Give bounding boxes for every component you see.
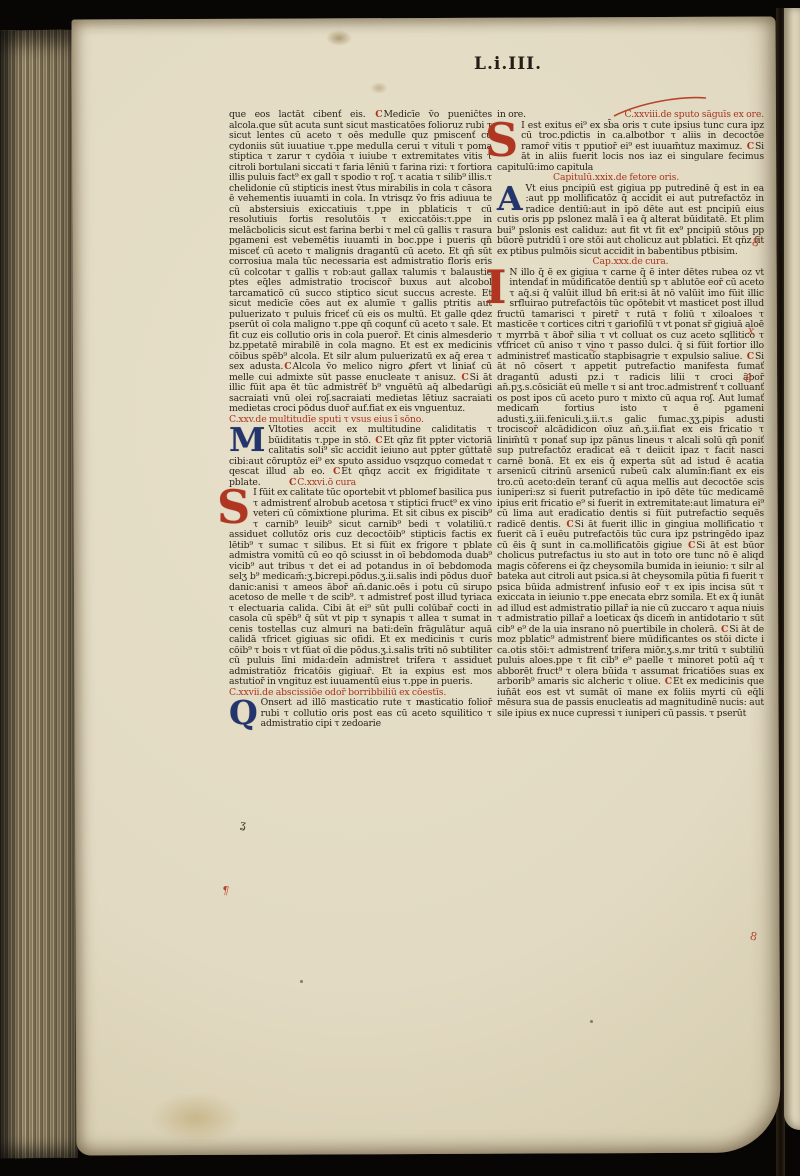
paragraph-mark: C [374, 109, 383, 120]
rubric-text: C.xxvii.de abscissiōe odor̄ borribbiliū … [229, 687, 446, 698]
paragraph-mark: C [720, 624, 729, 635]
chapter-rubric: Cap.xxx.de cura. [497, 257, 764, 268]
text-paragraph: SI est exitus ei⁹ ex sb̄a oris τ cute ip… [497, 121, 764, 174]
illuminated-initial: Q [229, 698, 261, 727]
fore-edge-page-stack [0, 30, 78, 1159]
paragraph-mark: C [746, 141, 755, 152]
illuminated-initial: S [485, 121, 521, 159]
rubric-text: Capitulū.xxix.de fetore oris. [553, 172, 679, 183]
paragraph-mark: C [332, 466, 341, 477]
text-paragraph: que eos lactāt cibenť eis. CMedicīe v̄o … [229, 110, 492, 415]
text-paragraph: IN illo q̄ ē ex gigiua τ carne q̄ ē inte… [497, 268, 764, 720]
folio-number: L.i.III. [474, 54, 584, 74]
paragraph-mark: C [460, 372, 469, 383]
paragraph-mark: C [565, 519, 574, 530]
paper-speck [300, 980, 303, 983]
rubric-text: C.xxv.de multitudīe sputi τ vsus eius ī … [229, 414, 424, 425]
paragraph-mark: C [687, 540, 696, 551]
paragraph-mark: C [746, 351, 755, 362]
text-paragraph: AVt eius pncipiū est gigiua pp putredinē… [497, 184, 764, 258]
paragraph-mark: C [374, 435, 383, 446]
text-paragraph: SI fūit ex calitate tūc oportebit vt pbl… [229, 488, 492, 688]
paragraph-mark: C [664, 676, 673, 687]
text-column-left: que eos lactāt cibenť eis. CMedicīe v̄o … [229, 110, 492, 730]
rubric-text: Cap.xxx.de cura. [593, 256, 669, 267]
text-paragraph: MVltoties accit ex multitudine caliditat… [229, 425, 492, 488]
text-paragraph: QOnsert ad illō masticatio rute τ mastic… [229, 698, 492, 730]
photograph-of-incunabulum-page: { "page": { "folio_header": "L.i.III.", … [0, 0, 800, 1176]
body-text: in ore. [497, 110, 526, 121]
rubric-text: C.xxvi.ō cura [297, 477, 356, 488]
illuminated-initial: A [497, 184, 525, 213]
illuminated-initial: S [217, 488, 253, 526]
text-column-right: in ore.C.xxviii.de sputo sāguīs ex ore.S… [497, 110, 764, 719]
chapter-rubric: Capitulū.xxix.de fetore oris. [497, 173, 764, 184]
paragraph-mark: C [283, 361, 292, 372]
illuminated-initial: M [229, 425, 268, 454]
paper-speck [590, 1020, 593, 1023]
facing-page-edge [784, 8, 800, 1130]
illuminated-initial: I [485, 268, 509, 306]
red-pen-flourish [612, 92, 708, 118]
paragraph-mark: C [288, 477, 297, 488]
